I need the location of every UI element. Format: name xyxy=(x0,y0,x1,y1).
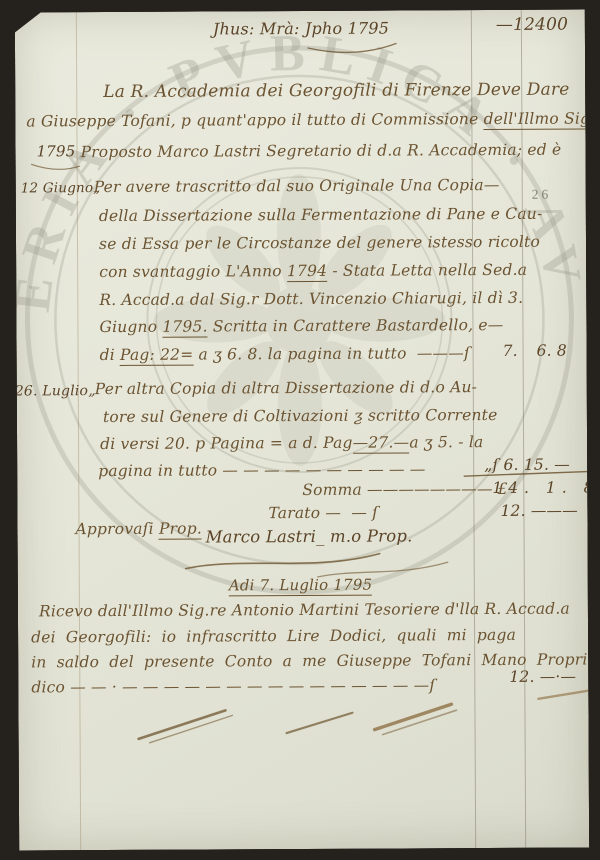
entry2-line-3: di versi 20. p Pagina = a d. Pag—27.—a ʒ… xyxy=(100,434,483,453)
receipt-date-heading: Adi 7. Luglio 1795 xyxy=(229,577,373,594)
entry2-line-4: pagina in tutto — — — — — — — — — — xyxy=(98,461,425,480)
entry1-line-4: con svantaggio L'Anno 1794 - Stata Letta… xyxy=(99,262,527,281)
somma-label: Somma ———————— £ xyxy=(302,481,508,499)
receipt-line-1: Ricevo dall'Illmo Sig.re Antonio Martini… xyxy=(39,601,570,621)
entry1-line-3: se di Essa per le Circostanze del genere… xyxy=(99,234,540,253)
opening-line-3: Proposto Marco Lastri Segretario di d.a … xyxy=(81,142,562,162)
opening-line-2: a Giuseppe Tofani, p quant'appo il tutto… xyxy=(26,110,597,130)
somma-amount: 14. 1. 8 xyxy=(492,479,599,497)
entry1-amount-soldi: 6. 8 xyxy=(537,343,567,360)
margin-date-entry1: 12 Giugno„ xyxy=(21,181,101,196)
tarato-amount: 12. ——— xyxy=(500,503,578,520)
entry1-line-7: di Pag: 22= a ʒ 6. 8. la pagina in tutto… xyxy=(100,345,470,364)
receipt-amount: 12. —·— xyxy=(509,669,576,686)
manuscript-lines: Jhus: Mrà: Jpho 1795—12400La R. Accademi… xyxy=(15,10,589,851)
entry1-line-2: della Dissertazione sulla Fermentazione … xyxy=(99,206,543,225)
folio-number: —12400 xyxy=(496,16,568,35)
receipt-line-4: dico — — · — — — — — — — — — — — — — — —… xyxy=(31,677,435,696)
margin-year: 1795 xyxy=(36,143,75,160)
entry2-line-2: tore sul Genere di Coltivazioni ƺ scritt… xyxy=(103,407,498,426)
entry1-line-5: R. Accad.a dal Sig.r Dott. Vincenzio Chi… xyxy=(99,290,523,309)
entry1-line-1: Per avere trascritto dal suo Originale U… xyxy=(94,177,500,196)
signature-marco-lastri: Marco Lastri_ m.o Prop. xyxy=(206,527,413,546)
approvasi-note: Approvaſi Prop. xyxy=(75,521,202,539)
entry1-line-6: Giugno 1795. Scritta in Carattere Bastar… xyxy=(99,317,503,336)
scanned-document-page: { "palette": { "scan_border": "#25221e",… xyxy=(0,0,600,860)
opening-line-1: La R. Accademia dei Georgofili di Firenz… xyxy=(103,81,569,102)
entry2-line-1: Per altra Copia di altra Dissertazione d… xyxy=(95,379,477,398)
entry1-amount-lire: 7. xyxy=(503,343,518,360)
invocation-header: Jhus: Mrà: Jpho 1795 xyxy=(213,20,389,39)
manuscript-paper: ERIA · PVBLICA · AVG 26 Jhus: Mrà: Jpho … xyxy=(15,10,589,851)
receipt-line-2: dei Georgofili: io infrascritto Lire Dod… xyxy=(31,627,516,647)
entry2-amount: „ſ 6. 15. — xyxy=(484,457,570,474)
margin-date-entry2: 26. Luglio„ xyxy=(15,384,96,400)
tarato-label: Tarato — — ſ xyxy=(268,505,378,523)
